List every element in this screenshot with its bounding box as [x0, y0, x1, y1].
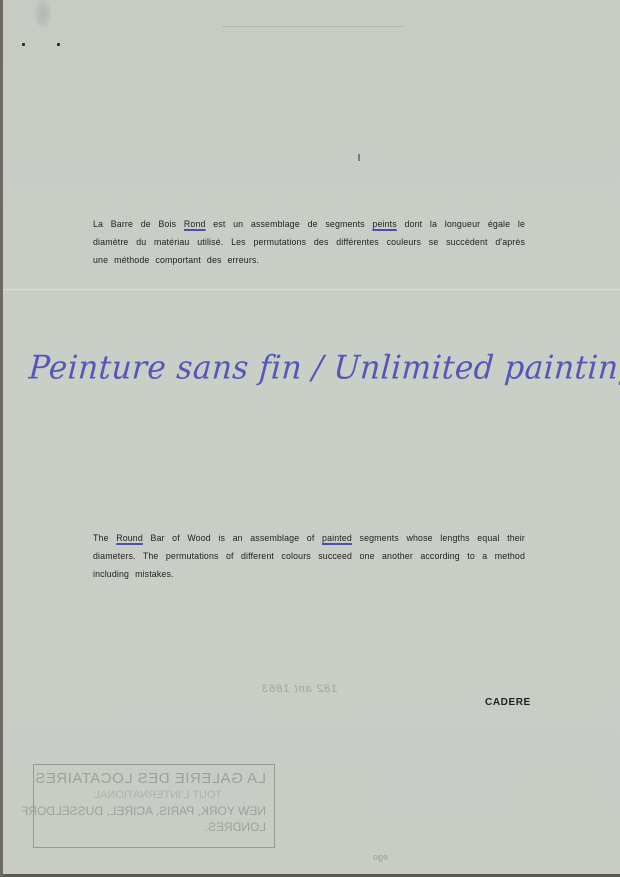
text-segment: The	[93, 533, 116, 543]
bottom-mark: ego	[373, 852, 388, 862]
stamp-line: TOUT L'INTERNATIONAL	[42, 787, 266, 803]
underlined-word: Rond	[184, 219, 206, 229]
punch-dot	[57, 43, 60, 46]
punch-dot	[22, 43, 25, 46]
document-page: La Barre de Bois Rond est un assemblage …	[0, 0, 620, 877]
stamp-line: NEW YORK, PARIS, ACIREL, DUSSELDORF	[42, 803, 266, 819]
text-segment: La Barre de Bois	[93, 219, 184, 229]
french-paragraph: La Barre de Bois Rond est un assemblage …	[93, 215, 525, 269]
faint-show-through	[223, 26, 403, 29]
underlined-word: painted	[322, 533, 352, 543]
pencil-note: 182 ant 1863	[261, 683, 337, 695]
fold-line	[3, 289, 620, 290]
text-segment: Bar of Wood is an assemblage of	[143, 533, 322, 543]
underlined-word: Round	[116, 533, 143, 543]
stamp-line: LONDRES.	[42, 819, 266, 835]
english-paragraph: The Round Bar of Wood is an assemblage o…	[93, 529, 525, 583]
handwritten-title: Peinture sans fin / Unlimited painting	[28, 349, 620, 387]
smudge-mark	[35, 0, 51, 28]
text-segment: est un assemblage de segments	[206, 219, 373, 229]
gallery-stamp: LA GALERIE DES LOCATAIRES TOUT L'INTERNA…	[33, 764, 275, 848]
signature: CADERE	[485, 697, 531, 708]
ink-mark	[358, 154, 360, 161]
underlined-word: peints	[372, 219, 396, 229]
stamp-line: LA GALERIE DES LOCATAIRES	[42, 771, 266, 787]
